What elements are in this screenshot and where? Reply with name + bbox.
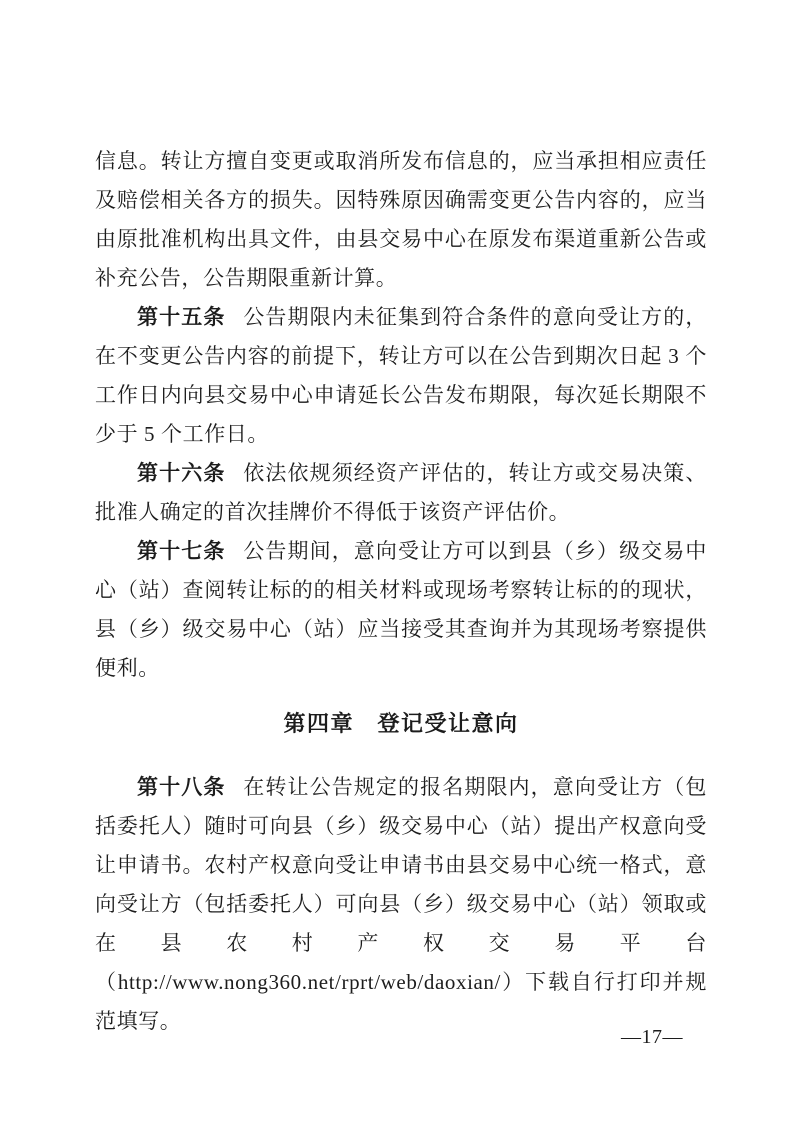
article-18-paragraph: 第十八条在转让公告规定的报名期限内，意向受让方（包括委托人）随时可向县（乡）级交… (95, 768, 707, 1041)
article-15-label: 第十五条 (137, 305, 225, 329)
article-16-label: 第十六条 (137, 461, 225, 485)
article-18-label: 第十八条 (137, 775, 225, 799)
chapter-heading: 第四章 登记受让意向 (95, 704, 707, 743)
article-17-label: 第十七条 (137, 539, 225, 563)
document-page: 信息。转让方擅自变更或取消所发布信息的，应当承担相应责任及赔偿相关各方的损失。因… (0, 0, 793, 1122)
document-body: 信息。转让方擅自变更或取消所发布信息的，应当承担相应责任及赔偿相关各方的损失。因… (95, 142, 707, 1041)
article-18-text: 在转让公告规定的报名期限内，意向受让方（包括委托人）随时可向县（乡）级交易中心（… (95, 775, 707, 1033)
article-17-paragraph: 第十七条公告期间，意向受让方可以到县（乡）级交易中心（站）查阅转让标的的相关材料… (95, 532, 707, 688)
paragraph-continuation: 信息。转让方擅自变更或取消所发布信息的，应当承担相应责任及赔偿相关各方的损失。因… (95, 142, 707, 298)
article-15-paragraph: 第十五条公告期限内未征集到符合条件的意向受让方的，在不变更公告内容的前提下，转让… (95, 298, 707, 454)
article-16-paragraph: 第十六条依法依规须经资产评估的，转让方或交易决策、批准人确定的首次挂牌价不得低于… (95, 454, 707, 532)
page-number: —17— (621, 1024, 683, 1050)
